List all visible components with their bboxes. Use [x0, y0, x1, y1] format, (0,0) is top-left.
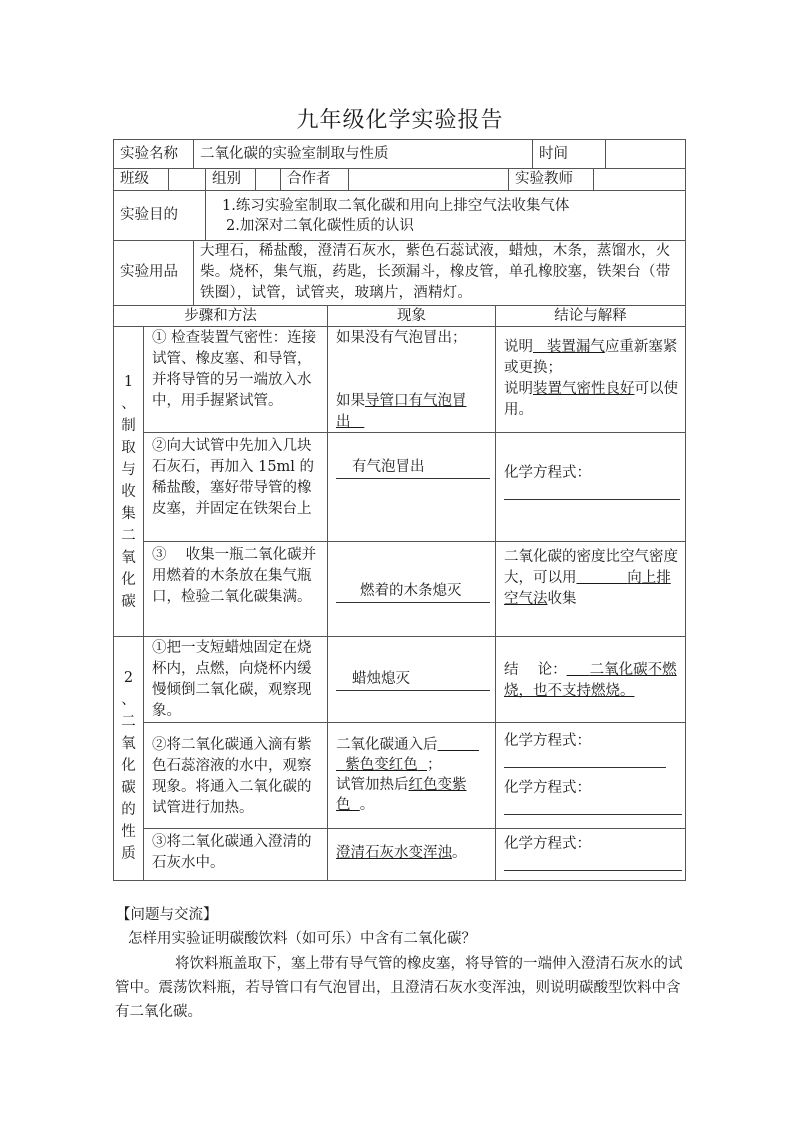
s2-row1-phen-fill-text: 蜡烛熄灭: [352, 671, 410, 687]
s1-char: 、: [114, 393, 143, 415]
s2-row3-step: ③将二氧化碳通入澄清的石灰水中。: [143, 828, 328, 881]
s1-char: 化: [114, 569, 143, 591]
col-header-phenomenon-text: 现象: [397, 308, 426, 324]
s2-row2-phen-a-prefix: 二氧化碳通入后: [336, 737, 438, 753]
s2-char: 2: [114, 667, 143, 689]
s1-row3-conclusion: 二氧化碳的密度比空气密度大，可以用 向上排空气法收集: [495, 541, 686, 637]
s1-row3-phenomenon: 燃着的木条熄灭: [327, 541, 496, 637]
purpose-item-2: 2.加深对二氧化碳性质的认识: [222, 216, 685, 236]
s1-char: 制: [114, 415, 143, 437]
teacher-label: 实验教师: [508, 168, 594, 191]
s2-row2-step-text: ②将二氧化碳通入滴有紫色石蕊溶液的水中，观察现象。将通入二氧化碳的试管进行加热。: [152, 737, 312, 816]
s1-row1-phen-b: 如果导管口有气泡冒出: [336, 391, 489, 433]
s2-char: 二: [114, 711, 143, 733]
s1-row2-phen-fill-text: 有气泡冒出: [352, 459, 425, 475]
s2-row3-equation-blank[interactable]: [504, 869, 682, 871]
s1-row1-concl-a-prefix: 说明: [504, 339, 533, 355]
col-header-steps-text: 步骤和方法: [184, 308, 257, 324]
s2-row1-concl-prefix: 结 论：: [504, 662, 567, 678]
group-label: 组别: [205, 168, 256, 191]
s2-row2-phen-a: 二氧化碳通入后: [336, 735, 491, 755]
s2-row1-step: ①把一支短蜡烛固定在烧杯内，点燃，向烧杯内缓慢倾倒二氧化碳，观察现象。: [143, 636, 328, 723]
qa-answer-text: 将饮料瓶盖取下，塞上带有导气管的橡皮塞，将导管的一端伸入澄清石灰水的试管中。震荡…: [115, 956, 683, 1020]
col-header-conclusion: 结论与解释: [495, 305, 686, 327]
s2-row2-equation-blank-1[interactable]: [504, 766, 666, 768]
s2-row2-phen-a2: 紫色变红色 ；: [336, 755, 491, 775]
s2-row3-conclusion: 化学方程式：: [495, 828, 686, 881]
s2-char: 氧: [114, 733, 143, 755]
s1-row1-concl-b: 说明装置气密性良好可以使用。: [504, 379, 679, 421]
s1-char: 与: [114, 459, 143, 481]
partner-label-text: 合作者: [287, 171, 331, 187]
s1-row1-concl-a: 说明 装置漏气应重新塞紧或更换；: [504, 337, 679, 379]
time-label: 时间: [532, 139, 606, 169]
s2-row3-phen-suffix: 。: [452, 845, 467, 861]
s1-row1-phen-a: 如果没有气泡冒出；: [336, 328, 489, 349]
s1-row1-concl-a-fill[interactable]: 装置漏气: [533, 339, 605, 355]
s1-row3-step: ③ 收集一瓶二氧化碳并用燃着的木条放在集气瓶口，检验二氧化碳集满。: [143, 541, 328, 637]
s1-row1-conclusion: 说明 装置漏气应重新塞紧或更换； 说明装置气密性良好可以使用。: [495, 326, 686, 433]
class-label-text: 班级: [120, 171, 149, 187]
teacher-label-text: 实验教师: [515, 171, 573, 187]
s1-char: 碳: [114, 591, 143, 613]
materials-label-text: 实验用品: [120, 264, 178, 280]
qa-heading: 【问题与交流】: [116, 904, 218, 926]
s2-char: 碳: [114, 777, 143, 799]
name-value[interactable]: 二氧化碳的实验室制取与性质: [193, 139, 533, 169]
s2-row2-phen-b-prefix: 试管加热后: [336, 777, 409, 793]
s1-row2-step-text: ②向大试管中先加入几块石灰石，再加入 15ml 的稀盐酸，塞好带导管的橡皮塞，并…: [152, 438, 314, 517]
s2-row3-equation-label: 化学方程式：: [504, 834, 679, 855]
s1-row3-phen-fill-text: 燃着的木条熄灭: [360, 583, 462, 599]
s2-row2-equation-label-1: 化学方程式：: [504, 731, 679, 752]
col-header-conclusion-text: 结论与解释: [554, 308, 627, 324]
s1-char: 取: [114, 437, 143, 459]
s2-row3-phenomenon: 澄清石灰水变浑浊。: [327, 828, 496, 881]
s1-row1-concl-b-fill[interactable]: 装置气密性良好: [533, 381, 635, 397]
s2-row2-equation-blank-2[interactable]: [504, 813, 682, 815]
s2-row2-phenomenon: 二氧化碳通入后 紫色变红色 ； 试管加热后红色变紫色 。: [327, 722, 496, 829]
s2-row1-phen-fill[interactable]: 蜡烛熄灭: [336, 669, 490, 691]
s1-row2-phenomenon: 有气泡冒出: [327, 432, 496, 542]
s2-row2-phen-a-fill[interactable]: 紫色变红色: [336, 757, 427, 773]
s1-char: 二: [114, 525, 143, 547]
name-label: 实验名称: [113, 139, 194, 169]
purpose-item-1: 1.练习实验室制取二氧化碳和用向上排空气法收集气体: [222, 196, 685, 216]
s2-char: 化: [114, 755, 143, 777]
materials-label: 实验用品: [113, 240, 194, 306]
partner-label: 合作者: [280, 168, 349, 191]
col-header-phenomenon: 现象: [327, 305, 496, 327]
page-title: 九年级化学实验报告: [0, 103, 800, 134]
s1-char: 收: [114, 481, 143, 503]
s1-row3-phen-fill[interactable]: 燃着的木条熄灭: [336, 581, 490, 603]
s1-row2-conclusion: 化学方程式：: [495, 432, 686, 542]
s1-row1-concl-b-prefix: 说明: [504, 381, 533, 397]
purpose-label-text: 实验目的: [120, 207, 178, 223]
purpose-label: 实验目的: [113, 190, 206, 241]
name-value-text: 二氧化碳的实验室制取与性质: [200, 146, 389, 162]
s2-row2-phen-b-suffix: 。: [360, 797, 375, 813]
s1-row1-phen-b-prefix: 如果: [336, 393, 365, 409]
s1-row1-concl-a-fill-text: 装置漏气: [547, 339, 605, 355]
s2-row1-conclusion: 结 论： 二氧化碳不燃烧，也不支持燃烧。: [495, 636, 686, 723]
s1-char: 氧: [114, 547, 143, 569]
s2-row2-equation-label-2: 化学方程式：: [504, 778, 679, 799]
qa-question: 怎样用实验证明碳酸饮料（如可乐）中含有二氧化碳？: [128, 928, 476, 950]
s2-row2-phen-a-fill-text: 紫色变红色: [345, 757, 418, 773]
qa-answer: 将饮料瓶盖取下，塞上带有导气管的橡皮塞，将导管的一端伸入澄清石灰水的试管中。震荡…: [115, 952, 683, 1024]
s1-row1-step-text: ① 检查装置气密性：连接试管、橡皮塞、和导管，并将导管的另一端放入水中，用手握紧…: [152, 330, 316, 409]
s2-char: 性: [114, 821, 143, 843]
s2-row3-phen-fill[interactable]: 澄清石灰水变浑浊: [336, 845, 452, 861]
s2-row2-phen-a-suffix: ；: [427, 757, 442, 773]
s1-row3-step-text: ③ 收集一瓶二氧化碳并用燃着的木条放在集气瓶口，检验二氧化碳集满。: [152, 547, 316, 605]
s2-row1-step-text: ①把一支短蜡烛固定在烧杯内，点燃，向烧杯内缓慢倾倒二氧化碳，观察现象。: [152, 640, 312, 719]
name-label-text: 实验名称: [120, 146, 178, 162]
col-header-steps: 步骤和方法: [113, 305, 328, 327]
s2-char: 、: [114, 689, 143, 711]
partner-value[interactable]: [348, 168, 509, 191]
group-label-text: 组别: [212, 171, 241, 187]
s1-row2-equation-label: 化学方程式：: [504, 463, 679, 484]
s2-char: 的: [114, 799, 143, 821]
s2-row3-step-text: ③将二氧化碳通入澄清的石灰水中。: [152, 834, 312, 871]
class-value[interactable]: [168, 168, 206, 191]
s2-row2-phen-b: 试管加热后红色变紫色 。: [336, 775, 491, 815]
section-1-label: 1 、 制 取 与 收 集 二 氧 化 碳: [113, 326, 144, 637]
s2-char: 质: [114, 843, 143, 865]
s2-row2-conclusion: 化学方程式： 化学方程式：: [495, 722, 686, 829]
s1-row2-equation-blank[interactable]: [504, 498, 680, 500]
s2-row1-phenomenon: 蜡烛熄灭: [327, 636, 496, 723]
teacher-value[interactable]: [593, 168, 686, 191]
s1-char: 集: [114, 503, 143, 525]
time-label-text: 时间: [539, 146, 568, 162]
time-value[interactable]: [605, 139, 686, 169]
s1-char: 1: [114, 371, 143, 393]
s1-row1-phenomenon: 如果没有气泡冒出； 如果导管口有气泡冒出: [327, 326, 496, 433]
s1-row3-concl-suffix: 收集: [548, 591, 577, 607]
purpose-content: 1.练习实验室制取二氧化碳和用向上排空气法收集气体 2.加深对二氧化碳性质的认识: [205, 190, 686, 241]
s1-row2-phen-fill[interactable]: 有气泡冒出: [336, 457, 490, 479]
class-label: 班级: [113, 168, 169, 191]
materials-text: 大理石，稀盐酸，澄清石灰水，紫色石蕊试液，蜡烛，木条，蒸馏水，火柴。烧杯，集气瓶…: [200, 243, 670, 301]
s1-row2-step: ②向大试管中先加入几块石灰石，再加入 15ml 的稀盐酸，塞好带导管的橡皮塞，并…: [143, 432, 328, 542]
section-2-label: 2 、 二 氧 化 碳 的 性 质: [113, 636, 144, 881]
s2-row2-step: ②将二氧化碳通入滴有紫色石蕊溶液的水中，观察现象。将通入二氧化碳的试管进行加热。: [143, 722, 328, 829]
group-value[interactable]: [255, 168, 281, 191]
materials-content: 大理石，稀盐酸，澄清石灰水，紫色石蕊试液，蜡烛，木条，蒸馏水，火柴。烧杯，集气瓶…: [193, 240, 686, 306]
s1-row1-step: ① 检查装置气密性：连接试管、橡皮塞、和导管，并将导管的另一端放入水中，用手握紧…: [143, 326, 328, 433]
